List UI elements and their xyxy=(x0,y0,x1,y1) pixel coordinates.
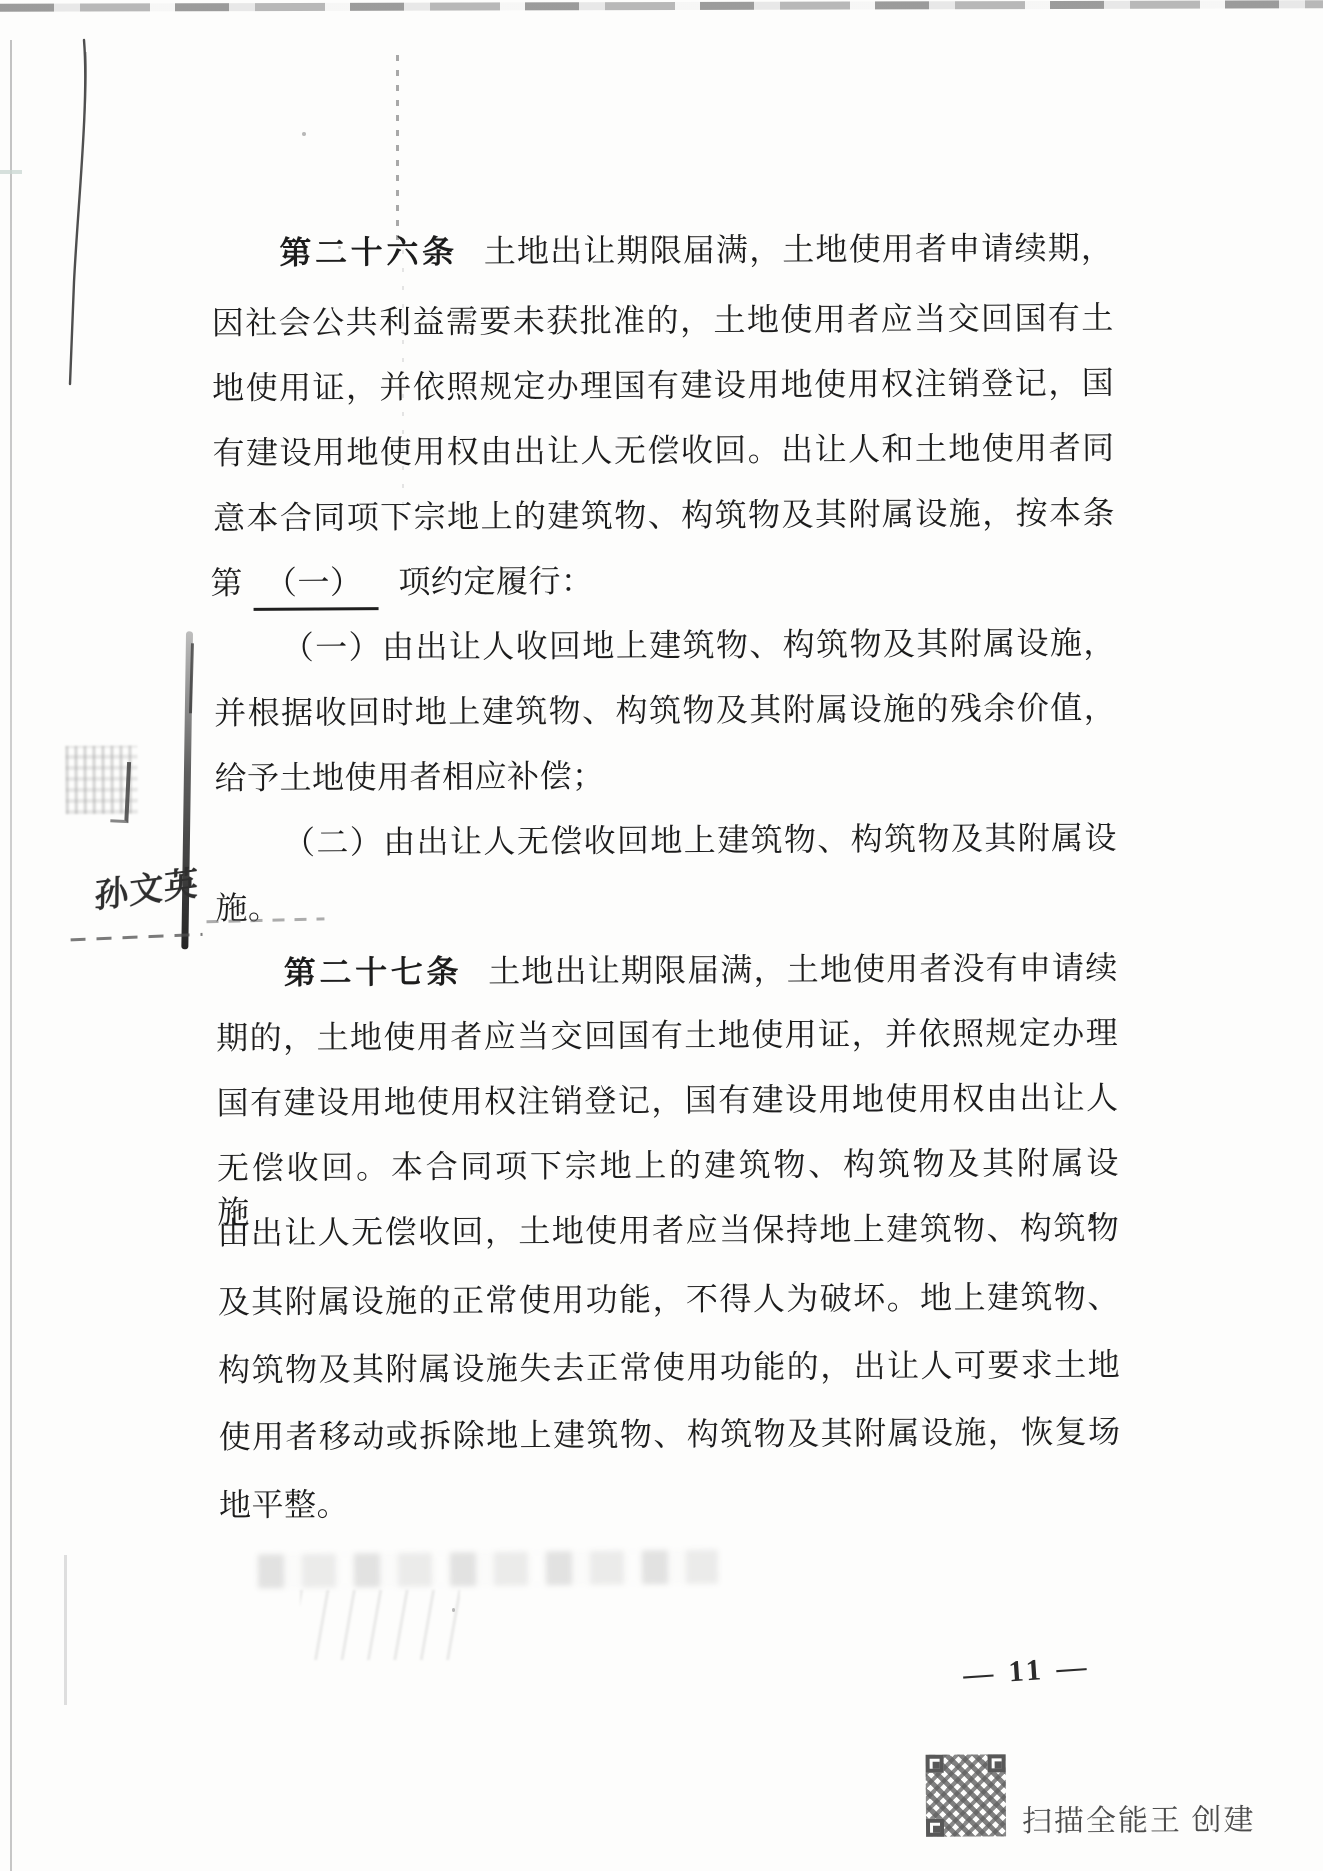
article-26-item1-line: 并根据收回时地上建筑物、构筑物及其附属设施的残余价值， xyxy=(214,686,1116,736)
article-26-item1-line: 给予土地使用者相应补偿； xyxy=(214,751,1116,801)
page-number: — 11 — xyxy=(962,1648,1124,1693)
article-26-line: 意本合同项下宗地上的建筑物、构筑物及其附属设施，按本条 xyxy=(213,491,1115,541)
clause-prefix: 第 xyxy=(210,565,243,601)
article-26-item1-line: （一）由出让人收回地上建筑物、构筑物及其附属设施， xyxy=(214,621,1116,671)
article-27-line: 及其附属设施的正常使用功能，不得人为破坏。地上建筑物、 xyxy=(218,1275,1120,1325)
handwritten-vertical-stroke-thin xyxy=(189,643,194,713)
scanned-contract-page: { "colors": { "ink": "#1c1c1c", "annotat… xyxy=(0,0,1323,1871)
article-27-line: 期的，土地使用者应当交回国有土地使用证，并依照规定办理 xyxy=(216,1011,1118,1061)
scanner-watermark-text: 扫描全能王 创建 xyxy=(1022,1794,1312,1840)
handwritten-bracket-mark xyxy=(110,761,131,823)
article-26-item2-line: 施。 xyxy=(215,881,1117,931)
article-27-text: 土地出让期限届满，土地使用者没有申请续 xyxy=(488,950,1118,990)
qr-code-icon xyxy=(926,1754,1006,1836)
qr-finder-icon xyxy=(988,1754,1006,1772)
clause-blank-filled-value: （一） xyxy=(253,560,379,611)
article-26-line: 地使用证，并依照规定办理国有建设用地使用权注销登记，国 xyxy=(212,361,1114,411)
article-27-line: 无偿收回。本合同项下宗地上的建筑物、构筑物及其附属设施， xyxy=(217,1141,1119,1191)
qr-finder-icon xyxy=(926,1819,944,1837)
article-26-line: 第二十六条土地出让期限届满，土地使用者申请续期， xyxy=(211,226,1113,276)
article-27-line: 使用者移动或拆除地上建筑物、构筑物及其附属设施，恢复场 xyxy=(218,1410,1120,1460)
article-26-text: 土地出让期限届满，土地使用者申请续期， xyxy=(484,230,1114,270)
article-26-heading: 第二十六条 xyxy=(279,234,458,271)
article-27-line: 构筑物及其附属设施失去正常使用功能的，出让人可要求土地 xyxy=(218,1343,1120,1393)
article-27-line: 由出让人无偿收回，土地使用者应当保持地上建筑物、构筑物 xyxy=(217,1206,1119,1256)
article-26-line: 有建设用地使用权由出让人无偿收回。出让人和土地使用者同 xyxy=(212,426,1114,476)
qr-finder-icon xyxy=(926,1755,944,1773)
article-26-line: 因社会公共利益需要未获批准的，土地使用者应当交回国有土 xyxy=(212,296,1114,346)
article-26-item2-line: （二）由出让人无偿收回地上建筑物、构筑物及其附属设 xyxy=(215,816,1117,866)
article-27-line: 第二十七条土地出让期限届满，土地使用者没有申请续 xyxy=(216,946,1118,996)
clause-suffix: 项约定履行： xyxy=(398,563,593,600)
article-27-heading: 第二十七条 xyxy=(284,954,463,991)
article-27-line: 地平整。 xyxy=(219,1478,1121,1528)
article-27-line: 国有建设用地使用权注销登记，国有建设用地使用权由出让人 xyxy=(216,1076,1118,1126)
page-content: 第二十六条土地出让期限届满，土地使用者申请续期， 因社会公共利益需要未获批准的，… xyxy=(0,0,1323,1871)
clause-fill-line: 第（一）项约定履行： xyxy=(210,556,1112,606)
